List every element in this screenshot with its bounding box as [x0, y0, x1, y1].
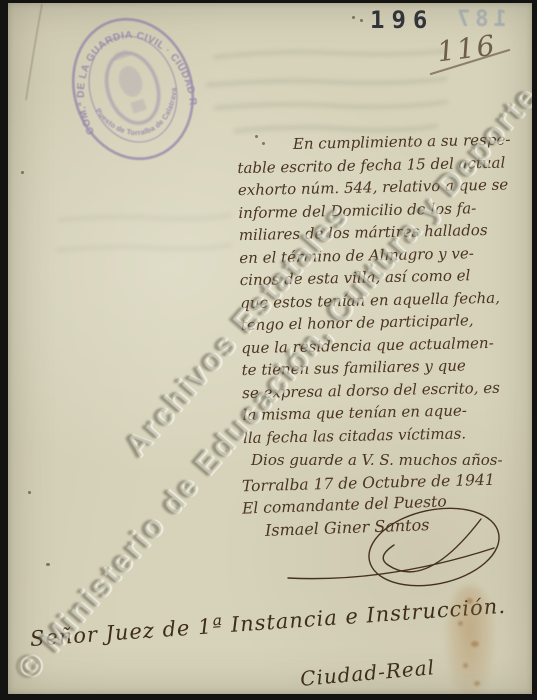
valediction-line: Dios guarde a V. S. muchos años-: [251, 451, 503, 469]
ink-speck: [352, 16, 355, 19]
stain-dot: [458, 621, 463, 626]
signature-name: Ismael Giner Santos: [265, 515, 430, 540]
stamp-oval-icon: COM.ª DE LA GUARDIA CIVIL · CIUDAD REAL …: [50, 3, 217, 181]
signer-title: El comandante del Puesto: [242, 492, 447, 517]
guardia-civil-stamp: COM.ª DE LA GUARDIA CIVIL · CIUDAD REAL …: [50, 3, 217, 181]
ink-speck: [360, 19, 363, 22]
paper-sheet: COM.ª DE LA GUARDIA CIVIL · CIUDAD REAL …: [8, 3, 532, 694]
paper-crease: [26, 4, 42, 100]
stain-dot: [463, 663, 468, 668]
dateline: Torralba 17 de Octubre de 1941: [242, 471, 495, 496]
addressee-line: Señor Juez de 1ª Instancia e Instrucción…: [29, 594, 506, 651]
document-scan: COM.ª DE LA GUARDIA CIVIL · CIUDAD REAL …: [0, 0, 537, 700]
letter-body: En cumplimiento a su respe- table escrit…: [237, 128, 532, 449]
ink-speck: [28, 491, 31, 494]
stain-dot: [474, 681, 480, 686]
bleedthrough-number: 187: [452, 7, 507, 32]
addressee-city: Ciudad-Real: [299, 655, 436, 691]
stain-dot: [471, 641, 479, 647]
registry-number-stamp: 196: [370, 6, 434, 34]
ink-speck: [21, 171, 24, 174]
stain-dot: [466, 598, 473, 604]
ink-speck: [46, 563, 50, 566]
